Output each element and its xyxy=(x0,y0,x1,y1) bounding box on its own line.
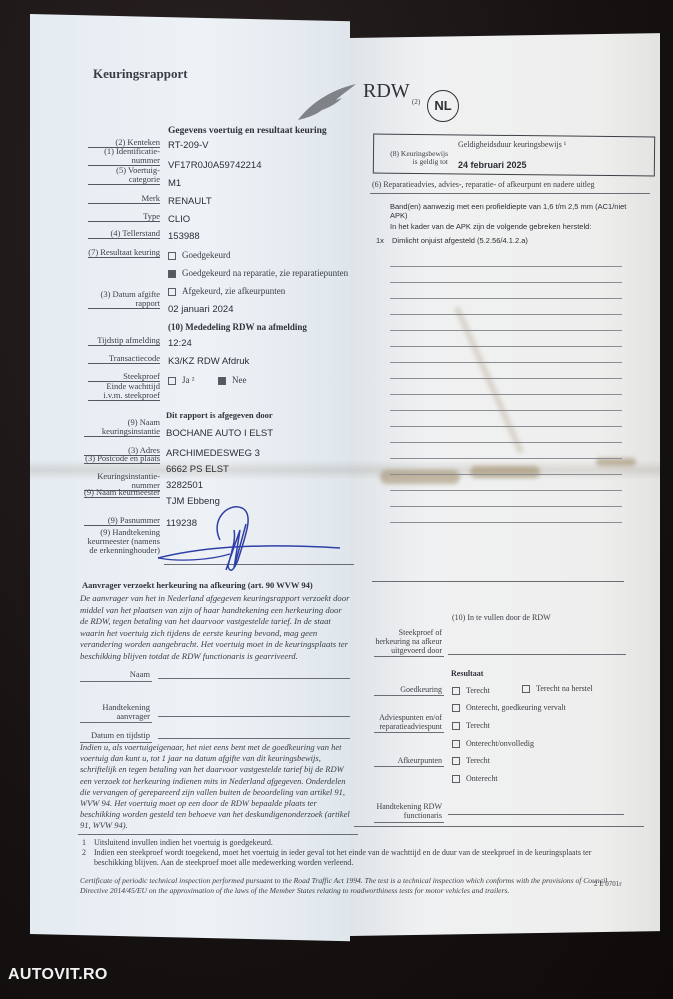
divider xyxy=(354,826,644,827)
divider xyxy=(374,695,444,696)
label-goedkeuring: Goedkeuring xyxy=(370,685,442,694)
rdw-option-goedkeuring-terecht-na-herstel: Terecht na herstel xyxy=(522,684,593,693)
label-datum-afgifte: (3) Datum afgifte rapport xyxy=(88,290,160,309)
validity-box-title: Geldigheidsduur keuringsbewijs ¹ xyxy=(458,140,566,149)
handtekening-aanvrager-line xyxy=(158,716,350,717)
handtekening-rdw-line xyxy=(448,814,624,815)
rdw-option-goedkeuring-onterecht: Onterecht, goedkeuring vervalt xyxy=(452,703,566,712)
ruled-line xyxy=(390,522,622,523)
ruled-line xyxy=(390,266,622,267)
result-option-goedgekeurd-na-reparatie: Goedgekeurd na reparatie, zie reparatiep… xyxy=(168,268,348,278)
ruled-line xyxy=(390,426,622,427)
checkbox-goedgekeurd xyxy=(168,252,176,260)
label-postcode-plaats: (3) Postcode en plaats xyxy=(84,454,160,464)
checkbox-steekproef-nee xyxy=(218,377,226,385)
divider xyxy=(374,766,444,767)
label-type: Type xyxy=(88,212,160,222)
checkbox-goedgekeurd-na-reparatie xyxy=(168,270,176,278)
rdw-option-afkeurpunten-terecht: Terecht xyxy=(452,756,490,765)
ruled-line xyxy=(390,442,622,443)
herkeuring-title: Aanvrager verzoekt herkeuring na afkeuri… xyxy=(82,580,313,590)
footnote-2-num: 2 xyxy=(82,848,86,857)
footnote-2-text: Indien een steekproef wordt toegekend, m… xyxy=(94,848,624,868)
ruled-line xyxy=(390,282,622,283)
label-einde-wachttijd: Einde wachttijd i.v.m. steekproef xyxy=(88,382,160,401)
label-naam-aanvrager: Naam xyxy=(80,670,150,679)
herkeuring-text: De aanvrager van het in Nederland afgege… xyxy=(80,593,350,663)
label-transactiecode: Transactiecode xyxy=(88,354,160,364)
checkbox-afkeurpunten-terecht xyxy=(452,757,460,765)
rdw-option-afkeurpunten-onterecht: Onterecht xyxy=(452,774,498,783)
ruled-line xyxy=(390,298,622,299)
ruled-line xyxy=(390,458,622,459)
label-steekproef-uitgevoerd: Steekproef of herkeuring na afkeur uitge… xyxy=(370,628,442,655)
checkbox-goedkeuring-terecht xyxy=(452,687,460,695)
label-naam-keuringsinstantie: (9) Naam keuringsinstantie xyxy=(84,418,160,437)
checkbox-steekproef-ja xyxy=(168,377,176,385)
label-handtekening-rdw: Handtekening RDW functionaris xyxy=(370,802,442,820)
rdw-option-adviespunten-terecht: Terecht xyxy=(452,721,490,730)
vehicle-section-title: Gegevens voertuig en resultaat keuring xyxy=(168,126,327,136)
validity-label: (8) Keuringsbewijs is geldig tot xyxy=(388,150,448,166)
document-title: Keuringsrapport xyxy=(93,66,188,82)
repair-line-2: In het kader van de APK zijn de volgende… xyxy=(390,222,591,231)
label-merk: Merk xyxy=(88,194,160,204)
steekproef-option-ja: Ja ² xyxy=(168,375,194,385)
label-handtekening-keurmeester: (9) Handtekening keurmeester (namens de … xyxy=(84,528,160,555)
value-voertuigcategorie: M1 xyxy=(168,178,181,189)
label-handtekening-aanvrager: Handtekening aanvrager xyxy=(80,703,150,721)
rdw-logo-text: RDW xyxy=(363,80,410,103)
country-code-badge: NL xyxy=(427,90,459,122)
label-tellerstand: (4) Tellerstand xyxy=(88,229,160,239)
ruled-line xyxy=(390,330,622,331)
divider xyxy=(80,681,152,682)
ruled-line xyxy=(390,314,622,315)
repair-line-1: Band(en) aanwezig met een profieldiepte … xyxy=(390,202,640,220)
naam-aanvrager-line xyxy=(158,678,350,679)
rdw-fill-title: (10) In te vullen door de RDW xyxy=(452,613,551,622)
checkbox-goedkeuring-onterecht xyxy=(452,704,460,712)
value-postcode-plaats: 6662 PS ELST xyxy=(166,464,229,475)
ruled-line xyxy=(390,410,622,411)
checkbox-adviespunten-onterecht xyxy=(452,740,460,748)
repair-section-title: (6) Reparatieadvies, advies-, reparatie-… xyxy=(372,180,595,189)
rdw-result-title: Resultaat xyxy=(451,669,483,678)
steekproef-uitgevoerd-line xyxy=(448,654,626,655)
certificate-text: Certificate of periodic technical inspec… xyxy=(80,876,610,895)
footnote-1-num: 1 xyxy=(82,838,86,847)
divider xyxy=(370,193,650,194)
ruled-line xyxy=(390,506,622,507)
value-merk: RENAULT xyxy=(168,196,212,207)
value-adres: ARCHIMEDESWEG 3 xyxy=(166,448,260,459)
label-identificatienummer: (1) Identificatie-nummer xyxy=(88,147,160,166)
stain xyxy=(596,458,636,466)
label-adviespunten: Adviespunten en/of reparatieadviespunt xyxy=(366,713,442,731)
validity-date: 24 februari 2025 xyxy=(458,160,527,170)
value-keuringsinstantienummer: 3282501 xyxy=(166,480,203,491)
repair-item-qty: 1x xyxy=(376,236,384,245)
stain xyxy=(380,470,460,484)
ruled-line xyxy=(372,581,624,582)
signature-keurmeester xyxy=(150,500,350,580)
value-tijdstip-afmelding: 12:24 xyxy=(168,338,192,349)
autovit-watermark: AUTOVIT.RO xyxy=(8,966,108,984)
rdw-notice-title: (10) Mededeling RDW na afmelding xyxy=(168,322,307,332)
value-datum-afgifte: 02 januari 2024 xyxy=(168,304,234,315)
ruled-line xyxy=(390,394,622,395)
ruled-line xyxy=(390,474,622,475)
divider xyxy=(374,822,444,823)
herkeuring-notice: Indien u, als voertuigeigenaar, het niet… xyxy=(80,742,352,832)
form-code: 2 E 0701r xyxy=(594,880,622,888)
issued-by-title: Dit rapport is afgegeven door xyxy=(166,410,273,420)
country-code-label: (2) xyxy=(412,98,420,106)
result-option-goedgekeurd: Goedgekeurd xyxy=(168,250,230,260)
stain xyxy=(470,466,540,478)
checkbox-afgekeurd xyxy=(168,288,176,296)
divider xyxy=(80,722,152,723)
ruled-line xyxy=(390,378,622,379)
label-afkeurpunten: Afkeurpunten xyxy=(370,756,442,765)
checkbox-afkeurpunten-onterecht xyxy=(452,775,460,783)
divider xyxy=(78,834,358,835)
checkbox-goedkeuring-terecht-na-herstel xyxy=(522,685,530,693)
ruled-line xyxy=(390,362,622,363)
label-naam-keurmeester: (9) Naam keurmeester xyxy=(84,488,160,498)
label-datum-tijdstip: Datum en tijdstip xyxy=(80,731,150,740)
rdw-option-goedkeuring-terecht: Terecht xyxy=(452,686,490,695)
value-type: CLIO xyxy=(168,214,190,225)
repair-item-text: Dimlicht onjuist afgesteld (5.2.56/4.1.2… xyxy=(392,236,528,245)
value-naam-keuringsinstantie: BOCHANE AUTO I ELST xyxy=(166,428,273,439)
label-pasnummer: (9) Pasnummer xyxy=(84,516,160,526)
label-voertuigcategorie: (5) Voertuig-categorie xyxy=(88,166,160,185)
value-transactiecode: K3/KZ RDW Afdruk xyxy=(168,356,249,367)
rdw-option-adviespunten-onterecht: Onterecht/onvolledig xyxy=(452,739,534,748)
rdw-feather-logo-icon xyxy=(296,82,358,122)
footnote-1-text: Uitsluitend invullen indien het voertuig… xyxy=(94,838,273,847)
value-tellerstand: 153988 xyxy=(168,231,200,242)
ruled-line xyxy=(390,490,622,491)
steekproef-option-nee: Nee xyxy=(218,375,247,385)
result-option-afgekeurd: Afgekeurd, zie afkeurpunten xyxy=(168,286,285,296)
divider xyxy=(374,732,444,733)
checkbox-adviespunten-terecht xyxy=(452,722,460,730)
divider xyxy=(374,656,444,657)
label-resultaat-keuring: (7) Resultaat keuring xyxy=(88,248,160,258)
value-identificatienummer: VF17R0J0A59742214 xyxy=(168,160,262,171)
label-tijdstip-afmelding: Tijdstip afmelding xyxy=(88,336,160,346)
datum-tijdstip-line xyxy=(158,738,350,739)
ruled-line xyxy=(390,346,622,347)
value-kenteken: RT-209-V xyxy=(168,140,208,151)
